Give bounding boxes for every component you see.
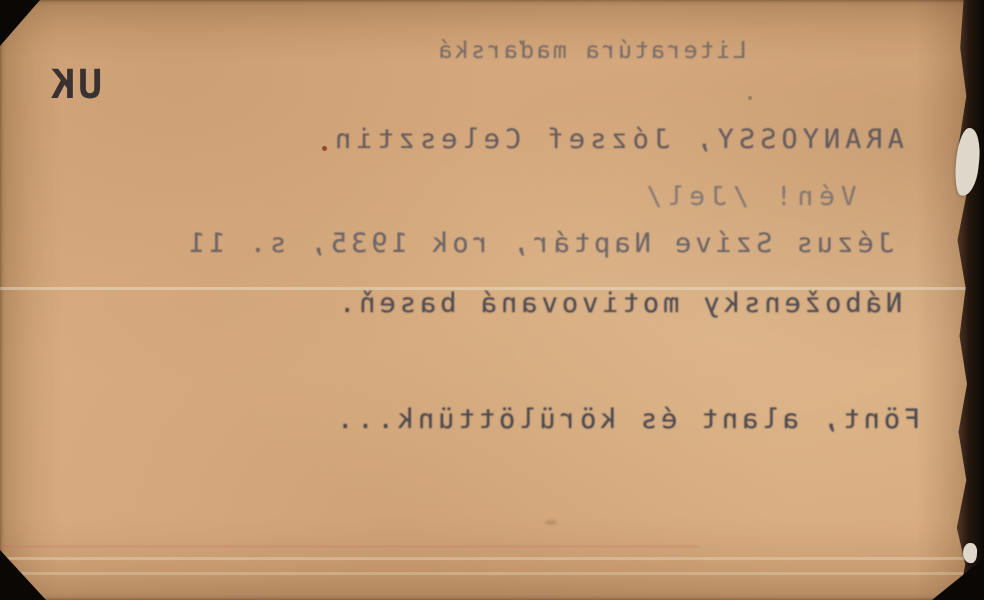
paper-speck [545, 520, 557, 525]
catalog-line-author: ARANYOSSY, József Celesztin [330, 124, 904, 155]
catalog-line-source: Jézus Szíve Naptár, rok 1935, s. 11 [185, 228, 894, 259]
catalog-line-incipit: Fönt, alant és körülöttünk... [333, 404, 920, 435]
catalog-line-annotation: Nábožensky motivovaná baseň. [335, 288, 902, 319]
scanned-catalog-card: UK Literatúra maďarská ARANYOSSY, József… [0, 0, 984, 600]
catalog-line-subject: Literatúra maďarská [436, 38, 747, 64]
paper-speck [322, 146, 327, 151]
paper-speck [748, 96, 752, 100]
catalog-line-title: Vén! /Jel/ [640, 182, 857, 212]
library-stamp: UK [48, 62, 102, 108]
